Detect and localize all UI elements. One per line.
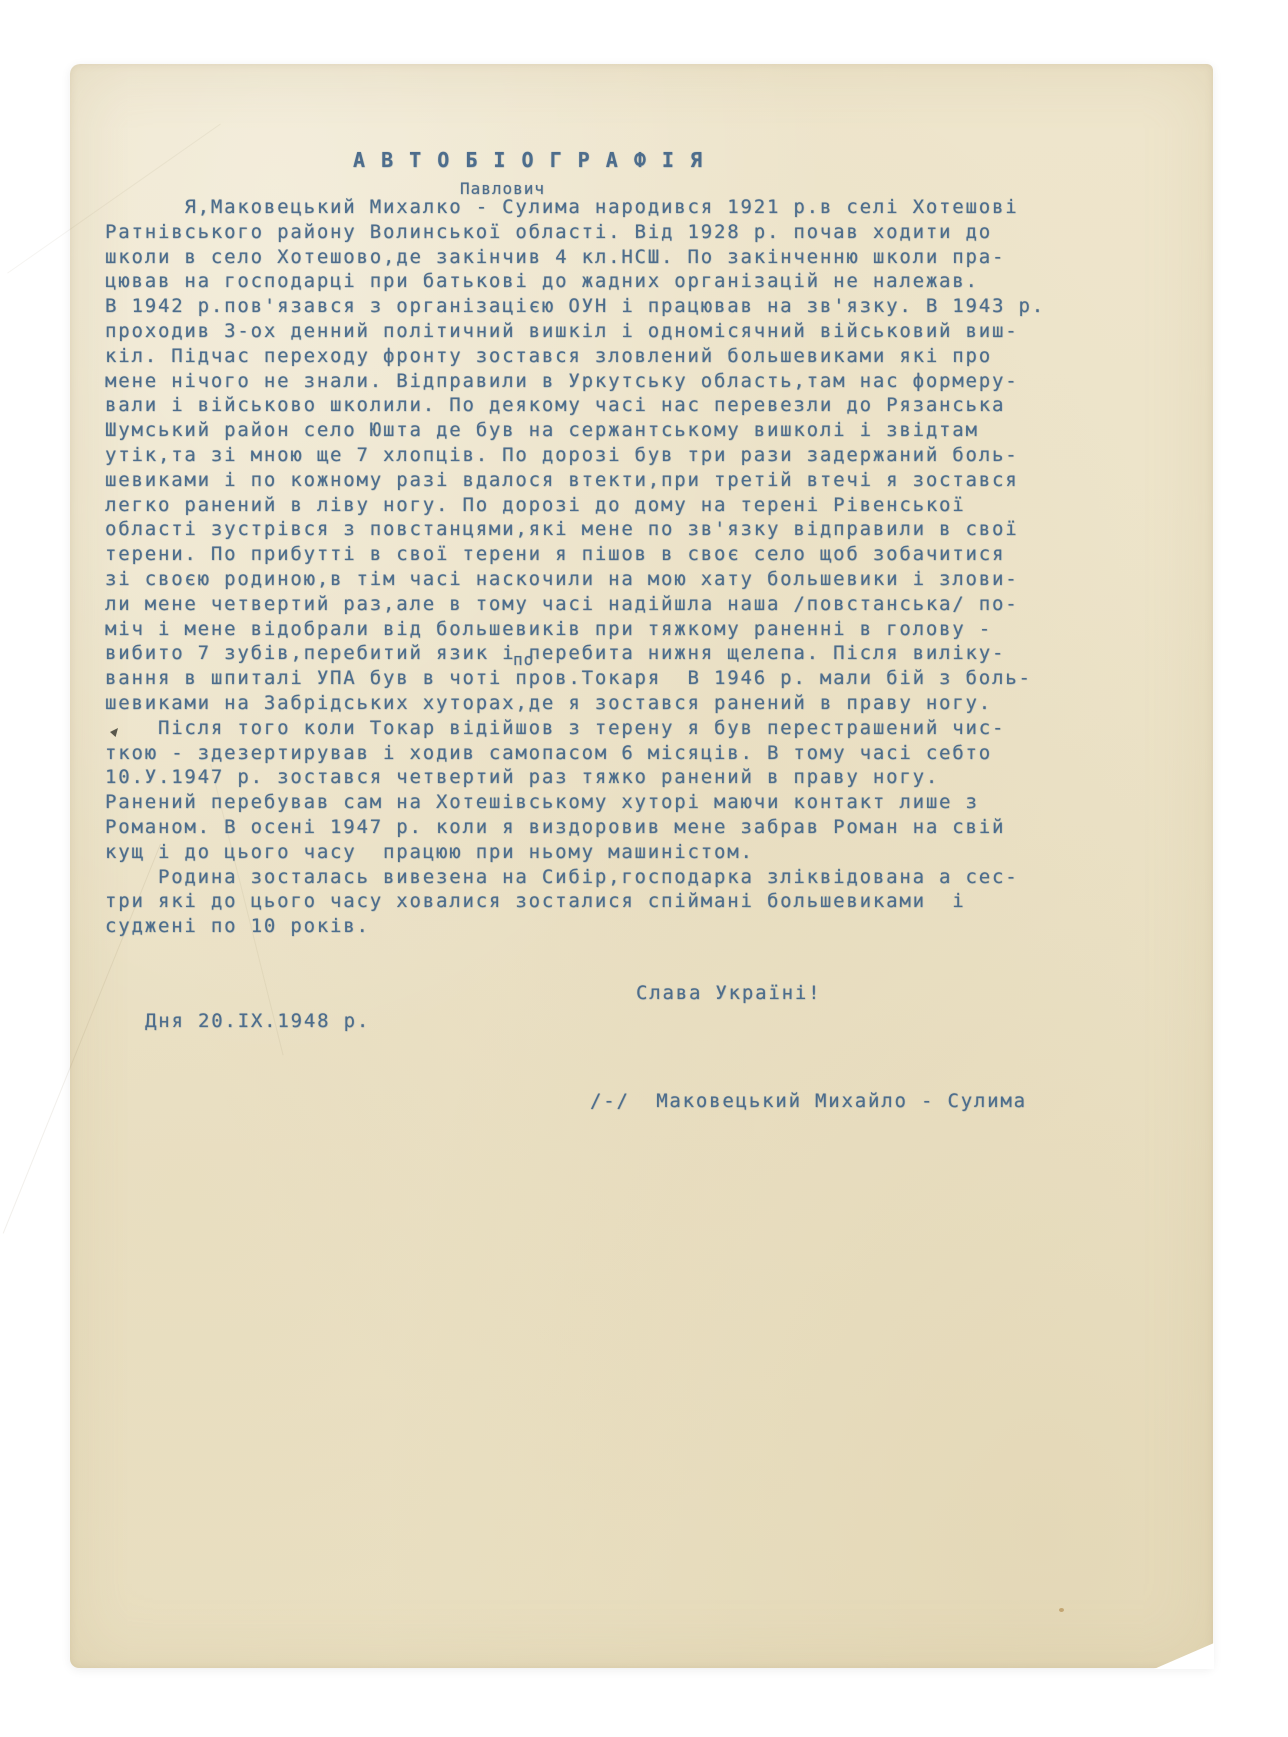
- scan-background: А В Т О Б І О Г Р А Ф І Я Я,Маковецький …: [0, 0, 1288, 1737]
- text-line: області зустрівся з повстанцями,які мене…: [105, 517, 1045, 542]
- text-line: кущ і до цього часу працюю при ньому маш…: [105, 840, 1045, 865]
- signature-line: /-/ Маковецький Михайло - Сулима: [590, 1090, 1027, 1112]
- paper-sheet: А В Т О Б І О Г Р А Ф І Я Я,Маковецький …: [70, 64, 1213, 1668]
- text-line: 10.У.1947 р. зостався четвертий раз тяжк…: [105, 765, 1045, 790]
- document-title: А В Т О Б І О Г Р А Ф І Я: [353, 148, 704, 172]
- text-line: Після того коли Токар відійшов з терену …: [105, 716, 1045, 741]
- text-line: Ранений перебував сам на Хотешівському х…: [105, 790, 1045, 815]
- text-line: школи в село Хотешово,де закінчив 4 кл.Н…: [105, 245, 1045, 270]
- text-line: вали і військово школили. По деякому час…: [105, 393, 1045, 418]
- body-text: Я,Маковецький Михалко - Сулима народився…: [105, 195, 1045, 939]
- text-line: три які до цього часу ховалися зосталися…: [105, 889, 1045, 914]
- text-line: проходив 3-ох денний політичний вишкіл і…: [105, 319, 1045, 344]
- text-line: ли мене четвертий раз,але в тому часі на…: [105, 592, 1045, 617]
- date-line: Дня 20.ІХ.1948 р.: [145, 1010, 370, 1032]
- text-line: Ратнівського району Волинської області. …: [105, 220, 1045, 245]
- text-line: зі своєю родиною,в тім часі наскочили на…: [105, 567, 1045, 592]
- text-line: шевиками на Забрідських хуторах,де я зос…: [105, 691, 1045, 716]
- text-line: легко ранений в ліву ногу. По дорозі до …: [105, 493, 1045, 518]
- text-line: утік,та зі мною ще 7 хлопців. По дорозі …: [105, 443, 1045, 468]
- text-line: кіл. Підчас переходу фронту зостався зло…: [105, 344, 1045, 369]
- text-line: вибито 7 зубів,перебитий язик і перебита…: [105, 641, 1045, 666]
- text-line: суджені по 10 років.: [105, 914, 1045, 939]
- text-line: цював на господарці при батькові до жадн…: [105, 269, 1045, 294]
- closing-salute: Слава Україні!: [636, 982, 821, 1004]
- text-line: мене нічого не знали. Відправили в Уркут…: [105, 369, 1045, 394]
- text-line: Я,Маковецький Михалко - Сулима народився…: [105, 195, 1045, 220]
- text-line: міч і мене відобрали від большевиків при…: [105, 617, 1045, 642]
- text-line: терени. По прибутті в свої терени я пішо…: [105, 542, 1045, 567]
- text-line: Родина зосталась вивезена на Сибір,госпо…: [105, 865, 1045, 890]
- text-line: Романом. В осені 1947 р. коли я виздоров…: [105, 815, 1045, 840]
- interlinear-insertion: по: [513, 652, 534, 668]
- text-line: ткою - здезертирував і ходив самопасом 6…: [105, 741, 1045, 766]
- text-line: В 1942 р.пов'язався з організацією ОУН і…: [105, 294, 1045, 319]
- stain-dot: [1059, 1608, 1064, 1612]
- interlinear-insertion: Павлович: [460, 181, 545, 197]
- text-line: Шумський район село Юшта де був на сержа…: [105, 418, 1045, 443]
- text-line: вання в шпиталі УПА був в чоті пров.Тока…: [105, 666, 1045, 691]
- text-line: шевиками і по кожному разі вдалося втект…: [105, 468, 1045, 493]
- torn-corner: [1154, 1643, 1214, 1669]
